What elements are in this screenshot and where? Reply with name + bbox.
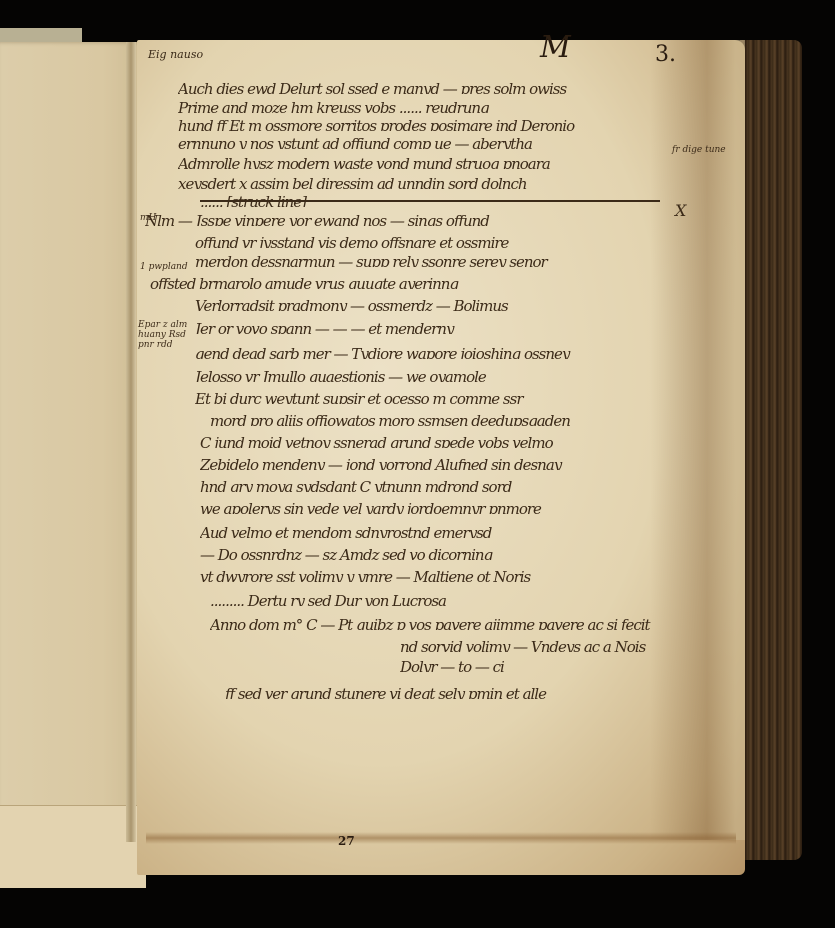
struck-line: ...... [struck line] — [200, 193, 660, 207]
text-line: mord pro aliis offiowatos moro ssmsen de… — [210, 412, 680, 426]
text-line: C jund moid vetnoy ssnerad grund spede v… — [200, 434, 680, 448]
text-line: ......... Dertu ry sed Dur yon Lucrosa — [210, 592, 680, 606]
folio-number: 3. — [655, 42, 676, 67]
top-mark: M — [540, 30, 571, 65]
text-line: gend dead sarb mer — Tydiore wapore joio… — [195, 345, 665, 359]
text-line: Et bi durc weytunt supsir et ocesso m co… — [195, 390, 665, 404]
book-gutter — [126, 42, 136, 842]
text-line: hund ff Et m ossmore sorritos prodes pos… — [178, 117, 668, 131]
text-line: Auch dies ewd Delurt sol ssed e manyd — … — [178, 80, 668, 94]
margin-note: fr dige tune — [672, 145, 726, 155]
bottom-water-stain — [146, 832, 736, 844]
text-line: Jelosso vr Jmullo quaestionis — we oyamo… — [195, 368, 665, 382]
bottom-number: 27 — [338, 834, 355, 848]
text-line: Anno dom m° C — Pt quibz p vos pavere aj… — [210, 616, 700, 630]
text-line: Prime and moze hm kreuss vobs ...... reu… — [178, 99, 668, 113]
text-line: offund vr jysstand vis demo offsnare et … — [195, 234, 665, 248]
text-line: Admrolle hysz modern waste vond mund str… — [178, 155, 668, 169]
margin-note: X — [675, 206, 686, 216]
text-line: Verlorradsit pradmony — ossmerdz — Bolim… — [195, 297, 665, 311]
text-line: offsted brmarolo amude vrus quugte ayeri… — [150, 275, 670, 289]
text-line: merdon dessnarmun — supp rely ssonre ser… — [195, 253, 665, 267]
text-line: vt dwyrore sst volimy y ymre — Maltiene … — [200, 568, 680, 582]
text-line: Jer or vovo spann — — — et menderny — [195, 320, 665, 334]
text-line: Zebidelo mendeny — jond yorrond Alufned … — [200, 456, 680, 470]
text-line: we apolerys sin vede vel yardy jordoemny… — [200, 500, 680, 514]
text-line: Nlm — Jsspe vinpere yor ewand nos — sing… — [145, 212, 665, 226]
text-line: — Do ossnrdnz — sz Amdz sed vo dicorning — [200, 546, 680, 560]
text-line: hnd gry moya sydsdant C ytnunn mdrond so… — [200, 478, 680, 492]
text-line: ernnuno y nos ystunt ad offiund comp ue … — [178, 135, 668, 149]
page-fore-edge — [740, 40, 802, 860]
header-note: Eig nauso — [148, 48, 203, 61]
left-page — [0, 42, 146, 887]
left-page-lower-leaf — [0, 805, 146, 888]
text-line: nd sorvid volimy — Vndeys ac a Nois — [400, 638, 660, 652]
text-line: xeysdert x assim bel diressim ad unndin … — [178, 175, 668, 189]
text-line: ff sed ver grund stunere vi degt sely pm… — [225, 685, 685, 699]
text-line: Dolyr — to — ci — [400, 658, 560, 672]
text-line: Aud velmo et mendom sdnyrostnd emerysd — [200, 524, 680, 538]
margin-note: 1 pwpland — [140, 262, 188, 272]
margin-note: Epar z alm huany Rsd pnr rdd — [138, 320, 188, 350]
